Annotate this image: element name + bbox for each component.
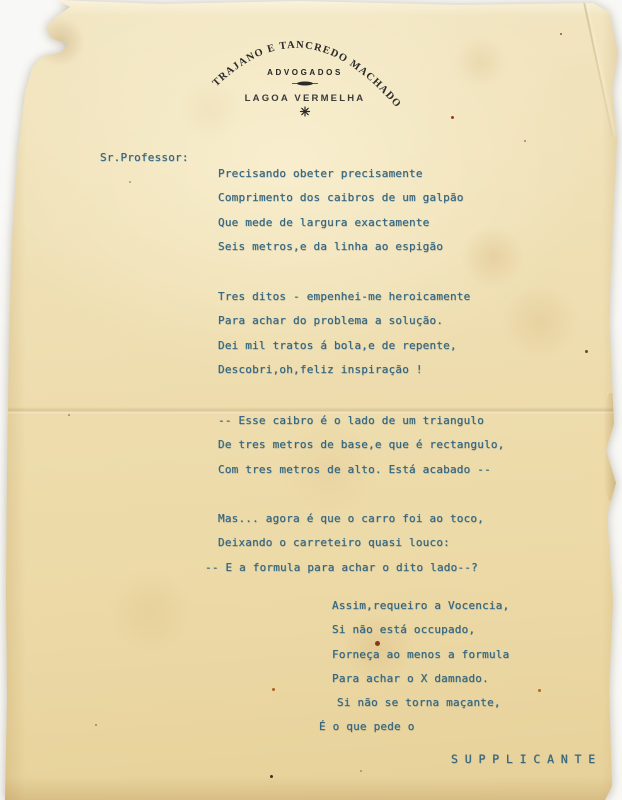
- poem-stanza-5: Assim,requeiro a Vocencia,Si não está oc…: [332, 594, 509, 740]
- poem-line: Comprimento dos caibros de um galpão: [218, 186, 464, 210]
- poem-line: Forneça ao menos a formula: [332, 643, 509, 667]
- poem-line: Precisando obeter precisamente: [218, 162, 464, 186]
- poem-line: Que mede de largura exactamente: [218, 211, 464, 235]
- scan-background: TRAJANO E TANCREDO MACHADO ADVOGADOS LAG…: [0, 0, 622, 800]
- poem-line: Para achar do problema a solução.: [218, 309, 470, 333]
- paper-speck: [538, 689, 541, 692]
- poem-line: -- Esse caibro é o lado de um triangulo: [218, 409, 505, 433]
- poem-line: Mas... agora é que o carro foi ao toco,: [218, 507, 484, 531]
- poem-line: Descobri,oh,feliz inspiração !: [218, 358, 470, 382]
- poem-line: Seis metros,e da linha ao espigão: [218, 235, 464, 259]
- top-right-corner-crease: [580, 0, 613, 137]
- paper-speck: [360, 770, 362, 772]
- paper-speck: [68, 414, 70, 416]
- salutation: Sr.Professor:: [100, 151, 189, 164]
- paper-speck: [560, 33, 562, 35]
- poem-line: Para achar o X damnado.: [332, 667, 509, 691]
- letterhead-profession: ADVOGADOS: [267, 68, 343, 77]
- signature: SUPPLICANTE: [451, 752, 602, 766]
- paper-speck: [270, 775, 273, 778]
- poem-line: Tres ditos - empenhei-me heroicamente: [218, 285, 470, 309]
- poem-line: Si não se torna maçante,: [337, 691, 509, 715]
- poem-stanza-2: Tres ditos - empenhei-me heroicamentePar…: [218, 285, 470, 382]
- poem-line: De tres metros de base,e que é rectangul…: [218, 433, 505, 457]
- tapered-rule-icon: [292, 82, 318, 86]
- paper-speck: [451, 116, 454, 119]
- poem-line: Com tres metros de alto. Está acabado --: [218, 458, 505, 482]
- poem-line: Si não está occupado,: [332, 618, 509, 642]
- poem-line: É o que pede o: [319, 715, 509, 739]
- poem-stanza-1: Precisando obeter precisamenteCompriment…: [218, 162, 464, 259]
- poem-line: Dei mil tratos á bola,e de repente,: [218, 334, 470, 358]
- poem-line: Assim,requeiro a Vocencia,: [332, 594, 509, 618]
- poem-line: -- E a formula para achar o dito lado--?: [205, 556, 484, 580]
- letterhead-city: LAGOA VERMELHA: [245, 93, 366, 104]
- paper-speck: [524, 140, 526, 142]
- poem-stanza-3: -- Esse caibro é o lado de um trianguloD…: [218, 409, 505, 482]
- paper-speck: [585, 350, 588, 353]
- letterhead: TRAJANO E TANCREDO MACHADO ADVOGADOS LAG…: [175, 4, 435, 124]
- paper-speck: [95, 724, 97, 726]
- letter-paper: TRAJANO E TANCREDO MACHADO ADVOGADOS LAG…: [0, 0, 622, 800]
- poem-line: Deixando o carreteiro quasi louco:: [218, 531, 484, 555]
- paper-speck: [272, 688, 275, 691]
- paper-speck: [129, 181, 131, 183]
- right-edge-tear: [604, 393, 619, 501]
- asterisk-ornament-icon: [301, 107, 310, 116]
- poem-stanza-4: Mas... agora é que o carro foi ao toco,D…: [218, 507, 484, 580]
